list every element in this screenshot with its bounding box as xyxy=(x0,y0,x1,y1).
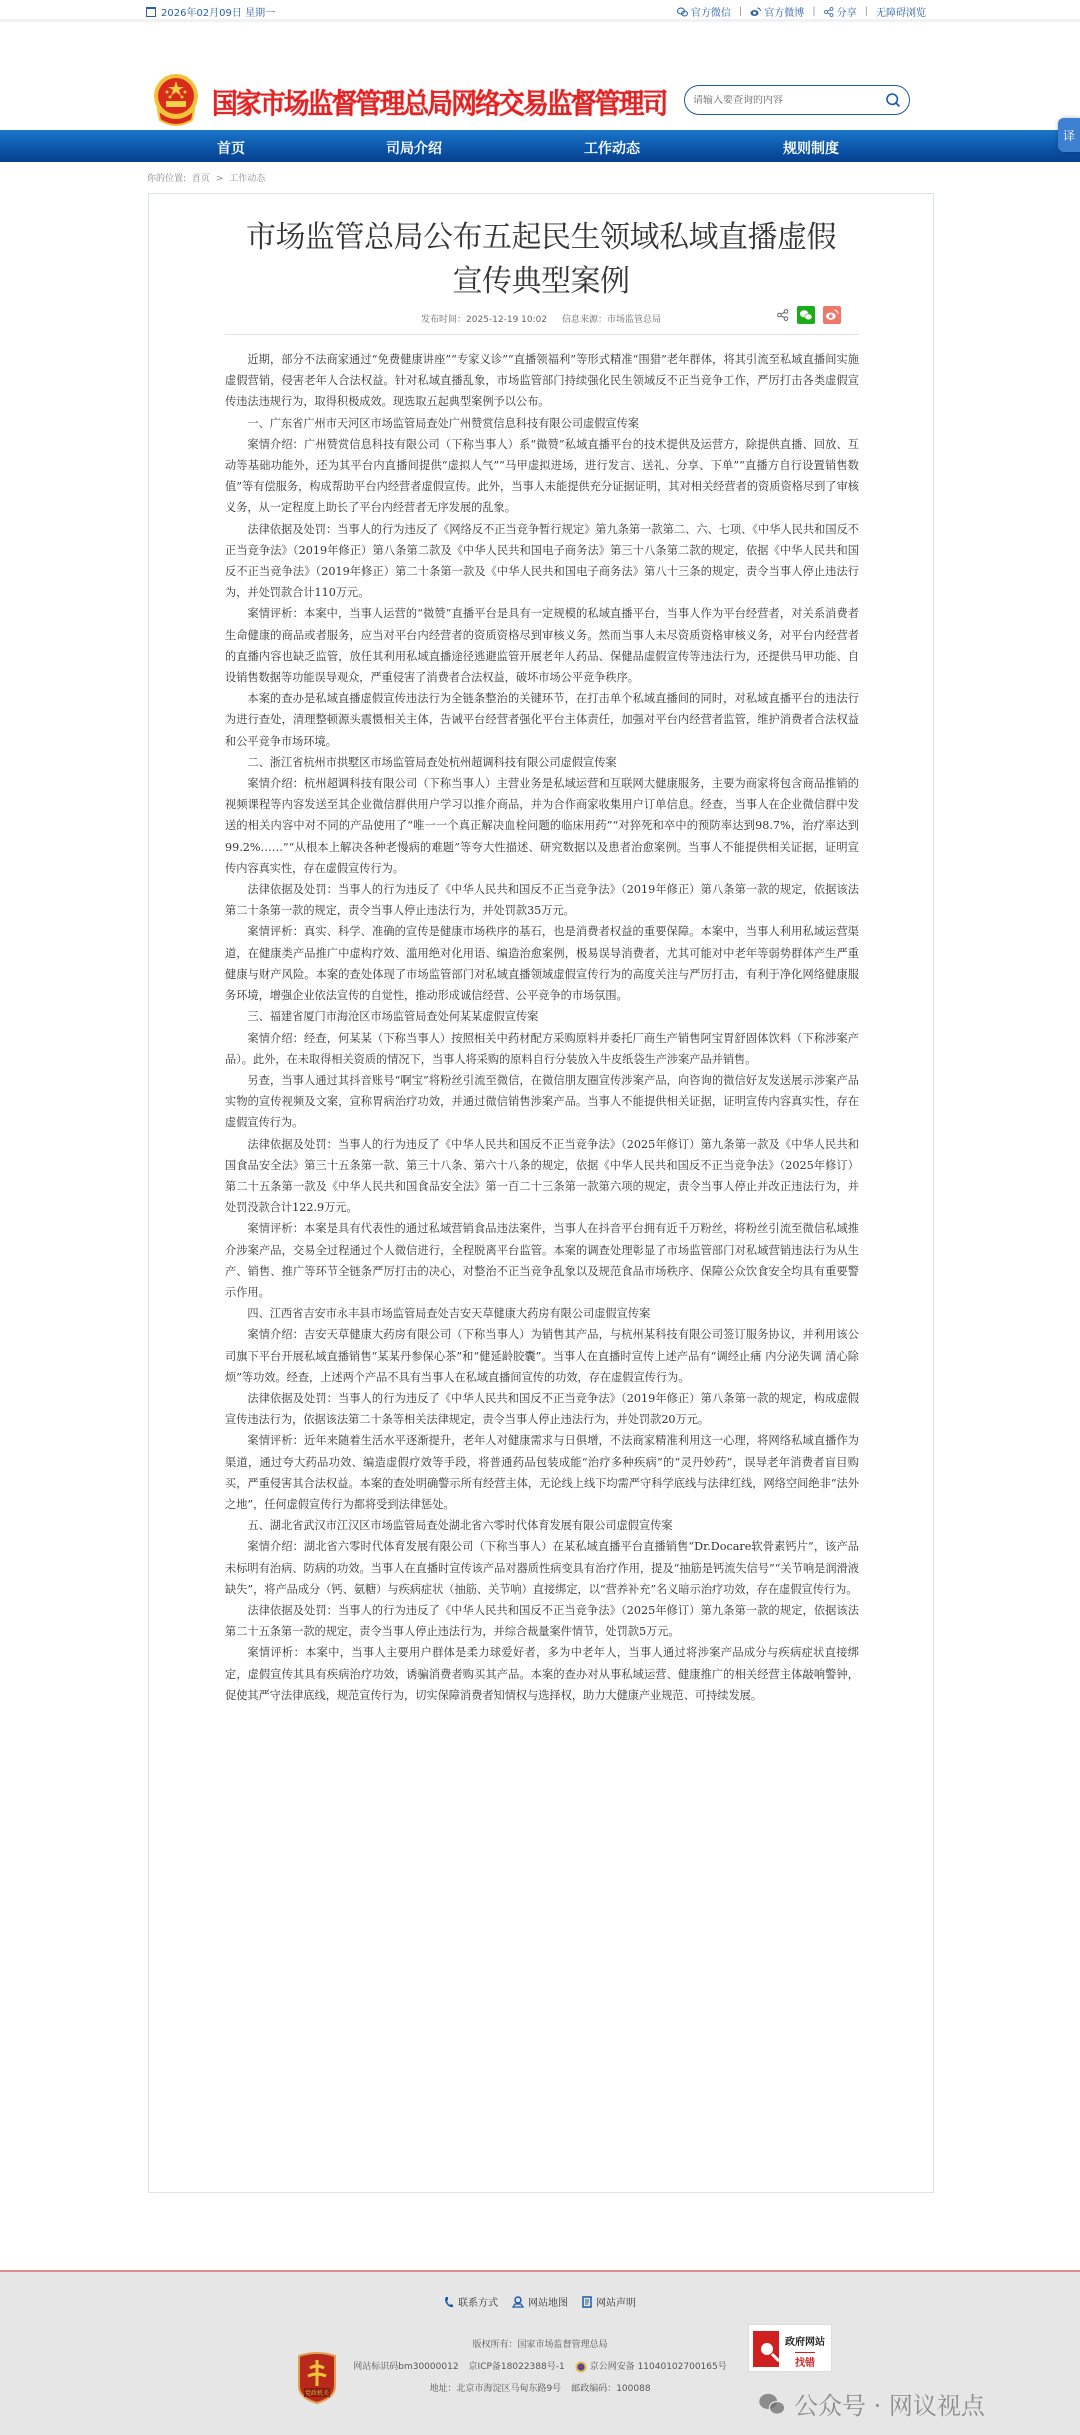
info-source: 信息来源：市场监管总局 xyxy=(562,315,661,325)
wechat-icon xyxy=(758,2391,786,2417)
copyright: 版权所有：国家市场监督管理总局 xyxy=(472,2334,607,2356)
article-body: 近期，部分不法商家通过“免费健康讲座”“专家义诊”“直播领福利”等形式精准“围猎… xyxy=(225,349,859,1706)
search-icon[interactable] xyxy=(885,92,901,108)
nav-item-regulations[interactable]: 规则制度 xyxy=(783,138,839,158)
weibo-icon xyxy=(750,7,761,17)
footer-links: 联系方式 网站地图 网站声明 xyxy=(0,2294,1080,2309)
breadcrumb: 你的位置: 首页 > 工作动态 xyxy=(147,171,268,184)
address: 地址：北京市海淀区马甸东路9号 xyxy=(429,2378,561,2400)
paragraph: 法律依据及处罚：当事人的行为违反了《中华人民共和国反不正当竞争法》（2019年修… xyxy=(225,879,859,921)
police-record-link[interactable]: 京公网安备 11040102700165号 xyxy=(575,2356,727,2378)
magnifier-flag-icon xyxy=(753,2327,785,2371)
section-heading: 五、湖北省武汉市江汉区市场监管局查处湖北省六零时代体育发展有限公司虚假宣传案 xyxy=(225,1515,859,1536)
national-emblem-icon xyxy=(148,72,204,128)
wechat-icon xyxy=(677,7,688,17)
paragraph: 案情评析：本案是具有代表性的通过私域营销食品违法案件，当事人在抖音平台拥有近千万… xyxy=(225,1218,859,1303)
share-icon[interactable] xyxy=(777,309,789,321)
badge-label-top: 政府网站 xyxy=(785,2333,825,2348)
paragraph: 本案的查办是私域直播虚假宣传违法行为全链条整治的关键环节，在打击单个私域直播间的… xyxy=(225,688,859,752)
accessibility-link[interactable]: 无障碍浏览 xyxy=(876,4,926,19)
calendar-icon xyxy=(146,7,156,17)
footer-link-statement[interactable]: 网站声明 xyxy=(582,2294,636,2309)
site-footer: 联系方式 网站地图 网站声明 党政机关 版权所有：国家市场监督管理总局 网站标识… xyxy=(0,2270,1080,2435)
title-divider xyxy=(225,334,859,335)
paragraph: 案情介绍：吉安天草健康大药房有限公司（下称当事人）为销售其产品，与杭州某科技有限… xyxy=(225,1324,859,1388)
paragraph: 案情评析：真实、科学、准确的宣传是健康市场秩序的基石，也是消费者权益的重要保障。… xyxy=(225,921,859,1006)
share-weibo-button[interactable] xyxy=(823,306,841,324)
map-icon xyxy=(512,2296,524,2308)
separator: | xyxy=(865,6,868,17)
site-header: 国家市场监督管理总局网络交易监督管理司 xyxy=(0,22,1080,127)
government-website-error-report-badge[interactable]: 政府网站 找错 xyxy=(748,2324,832,2372)
footer-link-sitemap[interactable]: 网站地图 xyxy=(512,2294,568,2309)
badge-label-bottom: 找错 xyxy=(795,2352,815,2369)
postcode: 邮政编码：100088 xyxy=(571,2378,650,2400)
article-container: 市场监管总局公布五起民生领域私域直播虚假宣传典型案例 发布时间：2025-12-… xyxy=(148,193,934,2193)
breadcrumb-separator: > xyxy=(216,174,224,184)
nav-item-about[interactable]: 司局介绍 xyxy=(386,138,442,158)
section-heading: 三、福建省厦门市海沧区市场监管局查处何某某虚假宣传案 xyxy=(225,1006,859,1027)
top-links: 官方微信 | 官方微博 | 分享 | 无障碍浏览 xyxy=(677,4,926,19)
paragraph: 案情介绍：湖北省六零时代体育发展有限公司（下称当事人）在某私域直播平台直播销售“… xyxy=(225,1536,859,1600)
search-box xyxy=(684,85,910,115)
paragraph: 另查，当事人通过其抖音账号“啊宝”将粉丝引流至微信，在微信朋友圈宣传涉案产品，向… xyxy=(225,1070,859,1134)
phone-icon xyxy=(444,2296,454,2308)
translate-button[interactable]: 译 xyxy=(1058,118,1080,152)
search-input[interactable] xyxy=(693,95,885,106)
watermark: 公众号 · 网议视点 xyxy=(758,2386,985,2421)
separator: | xyxy=(812,6,815,17)
section-heading: 四、江西省吉安市永丰县市场监管局查处吉安天草健康大药房有限公司虚假宣传案 xyxy=(225,1303,859,1324)
site-id: 网站标识码bm30000012 xyxy=(353,2356,458,2378)
main-nav: 首页 司局介绍 工作动态 规则制度 xyxy=(0,130,1080,162)
police-badge-icon xyxy=(575,2361,587,2373)
paragraph: 法律依据及处罚：当事人的行为违反了《中华人民共和国反不正当竞争法》（2025年修… xyxy=(225,1134,859,1219)
share-icon xyxy=(824,7,834,17)
paragraph: 案情介绍：经查，何某某（下称当事人）按照相关中药材配方采购原料并委托厂商生产销售… xyxy=(225,1028,859,1070)
paragraph: 案情介绍：杭州超调科技有限公司（下称当事人）主营业务是私域运营和互联网大健康服务… xyxy=(225,773,859,879)
share-wechat-button[interactable] xyxy=(797,306,815,324)
icp-record[interactable]: 京ICP备18022388号-1 xyxy=(469,2356,565,2378)
paragraph: 法律依据及处罚：当事人的行为违反了《中华人民共和国反不正当竞争法》（2019年修… xyxy=(225,1388,859,1430)
section-heading: 二、浙江省杭州市拱墅区市场监管局查处杭州超调科技有限公司虚假宣传案 xyxy=(225,752,859,773)
nav-item-work-news[interactable]: 工作动态 xyxy=(584,138,640,158)
share-icons xyxy=(777,306,841,324)
site-title: 国家市场监督管理总局网络交易监督管理司 xyxy=(212,82,666,122)
paragraph: 案情介绍：广州赞赏信息科技有限公司（下称当事人）系“微赞”私域直播平台的技术提供… xyxy=(225,434,859,519)
paragraph: 近期，部分不法商家通过“免费健康讲座”“专家义诊”“直播领福利”等形式精准“围猎… xyxy=(225,349,859,413)
paragraph: 法律依据及处罚：当事人的行为违反了《网络反不正当竞争暂行规定》第九条第一款第二、… xyxy=(225,519,859,604)
paragraph: 案情评析：本案中，当事人运营的“微赞”直播平台是具有一定规模的私域直播平台，当事… xyxy=(225,603,859,688)
document-icon xyxy=(582,2296,592,2308)
publish-time: 发布时间：2025-12-19 10:02 xyxy=(421,315,547,325)
paragraph: 法律依据及处罚：当事人的行为违反了《中华人民共和国反不正当竞争法》（2025年修… xyxy=(225,1600,859,1642)
article-title: 市场监管总局公布五起民生领域私域直播虚假宣传典型案例 xyxy=(149,216,933,304)
paragraph: 案情评析：近年来随着生活水平逐渐提升，老年人对健康需求与日俱增，不法商家精准利用… xyxy=(225,1430,859,1515)
separator: | xyxy=(739,6,742,17)
breadcrumb-prefix: 你的位置: xyxy=(147,174,186,184)
official-weibo-link[interactable]: 官方微博 xyxy=(750,4,804,19)
breadcrumb-home[interactable]: 首页 xyxy=(192,174,210,184)
date-display: 2026年02月09日 星期一 xyxy=(146,4,275,19)
paragraph: 案情评析：本案中，当事人主要用户群体是柔力球爱好者，多为中老年人，当事人通过将涉… xyxy=(225,1642,859,1706)
share-link[interactable]: 分享 xyxy=(824,4,857,19)
weibo-icon xyxy=(825,309,839,321)
wechat-icon xyxy=(799,309,813,321)
official-wechat-link[interactable]: 官方微信 xyxy=(677,4,731,19)
top-bar: 2026年02月09日 星期一 官方微信 | 官方微博 | 分享 | 无障碍浏览 xyxy=(0,0,1080,22)
breadcrumb-work-news[interactable]: 工作动态 xyxy=(229,174,265,184)
section-heading: 一、广东省广州市天河区市场监管局查处广州赞赏信息科技有限公司虚假宣传案 xyxy=(225,413,859,434)
date-text: 2026年02月09日 星期一 xyxy=(161,4,275,19)
nav-item-home[interactable]: 首页 xyxy=(217,138,245,158)
footer-link-contact[interactable]: 联系方式 xyxy=(444,2294,498,2309)
